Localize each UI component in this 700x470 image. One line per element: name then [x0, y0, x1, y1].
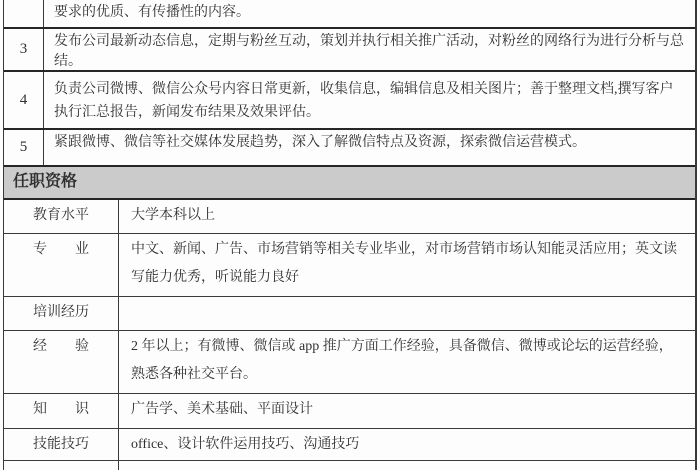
- row-number: 3: [4, 29, 44, 70]
- qualification-value-empty: [119, 461, 695, 470]
- qualification-value: [119, 297, 695, 330]
- qualification-label: 专 业: [4, 234, 119, 296]
- qualification-label: 知 识: [4, 394, 119, 428]
- table-row-skills: 技能技巧 office、设计软件运用技巧、沟通技巧: [4, 428, 695, 460]
- qualification-label: 技能技巧: [4, 429, 119, 460]
- qualification-label: 教育水平: [4, 200, 119, 233]
- table-row-3: 3 发布公司最新动态信息，定期与粉丝互动，策划并执行相关推广活动，对粉丝的网络行…: [4, 27, 695, 70]
- responsibility-text: 要求的优质、有传播性的内容。: [44, 0, 695, 27]
- table-row-knowledge: 知 识 广告学、美术基础、平面设计: [4, 393, 695, 428]
- responsibility-text: 紧跟微博、微信等社交媒体发展趋势，深入了解微信特点及资源，探索微信运营模式。: [44, 130, 695, 165]
- row-number: 4: [4, 72, 44, 128]
- qualification-value: 中文、新闻、广告、市场营销等相关专业毕业，对市场营销市场认知能灵活应用；英文读写…: [119, 234, 695, 296]
- section-title-qualifications: 任职资格: [4, 165, 695, 200]
- table-row-major: 专 业 中文、新闻、广告、市场营销等相关专业毕业，对市场营销市场认知能灵活应用；…: [4, 233, 695, 296]
- responsibility-text: 发布公司最新动态信息，定期与粉丝互动，策划并执行相关推广活动，对粉丝的网络行为进…: [44, 29, 695, 70]
- job-description-table: 要求的优质、有传播性的内容。 3 发布公司最新动态信息，定期与粉丝互动，策划并执…: [3, 0, 697, 470]
- document-page: 要求的优质、有传播性的内容。 3 发布公司最新动态信息，定期与粉丝互动，策划并执…: [0, 0, 700, 470]
- responsibility-text: 负责公司微博、微信公众号内容日常更新，收集信息，编辑信息及相关图片；善于整理文档…: [44, 72, 695, 128]
- qualification-value: 2 年以上；有微博、微信或 app 推广方面工作经验，具备微信、微博或论坛的运营…: [119, 331, 695, 393]
- row-number: 5: [4, 130, 44, 165]
- table-row-training: 培训经历: [4, 296, 695, 330]
- table-row-experience: 经 验 2 年以上；有微博、微信或 app 推广方面工作经验，具备微信、微博或论…: [4, 330, 695, 393]
- table-row-5: 5 紧跟微博、微信等社交媒体发展趋势，深入了解微信特点及资源，探索微信运营模式。: [4, 128, 695, 165]
- qualification-value: 大学本科以上: [119, 200, 695, 233]
- qualification-label: 培训经历: [4, 297, 119, 330]
- qualification-value: 广告学、美术基础、平面设计: [119, 394, 695, 428]
- qualification-label: 经 验: [4, 331, 119, 393]
- table-row-4: 4 负责公司微博、微信公众号内容日常更新，收集信息，编辑信息及相关图片；善于整理…: [4, 70, 695, 128]
- table-row-partial: [4, 460, 695, 470]
- table-row-continuation: 要求的优质、有传播性的内容。: [4, 0, 695, 27]
- row-number-cell: [4, 0, 44, 27]
- table-row-education: 教育水平 大学本科以上: [4, 200, 695, 233]
- qualification-label-empty: [4, 461, 119, 470]
- qualification-value: office、设计软件运用技巧、沟通技巧: [119, 429, 695, 460]
